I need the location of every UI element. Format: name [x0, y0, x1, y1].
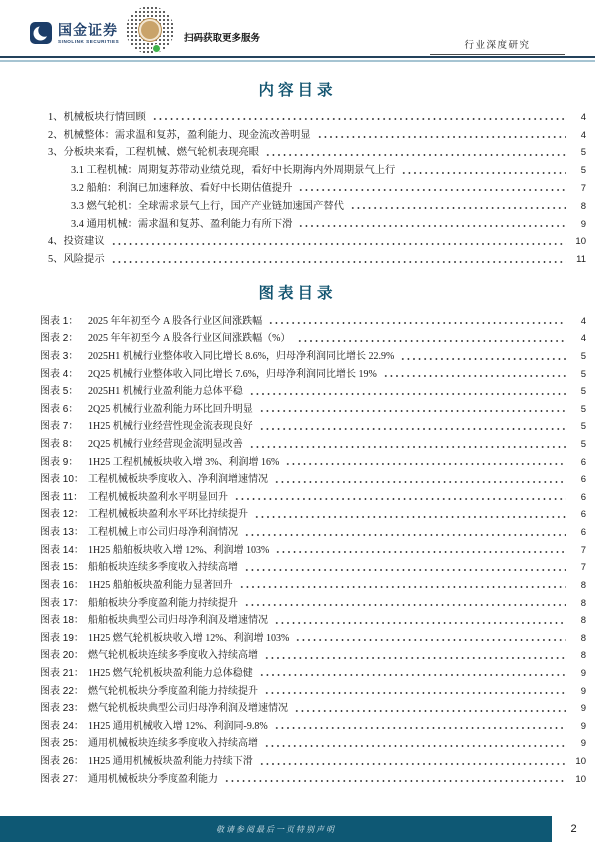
figure-entry-page: 7 [570, 544, 586, 558]
page-header: 国金证券 SINOLINK SECURITIES 扫码获取更多服务 行业深度研究 [0, 0, 595, 57]
figure-entry-page: 4 [570, 332, 586, 346]
figure-entry-title: 2025H1 机械行业整体收入同比增长 8.6%，归母净利润同比增长 22.9% [88, 350, 394, 364]
dot-leader [234, 487, 566, 505]
toc-entry-page: 5 [570, 164, 586, 178]
brand-name-cn: 国金证券 [58, 23, 119, 38]
figure-entry[interactable]: 图表 26： 1H25 通用机械板块盈利能力持续下滑 10 [40, 751, 586, 769]
qr-block: 扫码获取更多服务 [126, 6, 260, 54]
dot-leader [298, 178, 566, 196]
footer-disclaimer: 敬请参阅最后一页特别声明 [0, 816, 552, 842]
toc-entry[interactable]: 3.1 工程机械：周期复苏带动业绩兑现，看好中长期海内外周期景气上行 5 [40, 160, 586, 178]
figure-entry[interactable]: 图表 11： 工程机械板块盈利水平明显回升 6 [40, 487, 586, 505]
toc-entry[interactable]: 4、投资建议 10 [40, 232, 586, 250]
figure-entry[interactable]: 图表 18： 船舶板块典型公司归母净利润及增速情况 8 [40, 611, 586, 629]
figure-entry-number: 图表 17： [40, 597, 88, 611]
figure-entry-page: 9 [570, 737, 586, 751]
dot-leader [274, 470, 566, 488]
figure-entry-page: 4 [570, 315, 586, 329]
figure-entry-title: 1H25 船舶板块收入增 12%、利润增 103% [88, 544, 269, 558]
toc-entry[interactable]: 2、机械整体：需求温和复苏，盈利能力、现金流改善明显 4 [40, 125, 586, 143]
toc-entry-page: 9 [570, 218, 586, 232]
figure-entry-page: 6 [570, 508, 586, 522]
figure-entry-number: 图表 26： [40, 755, 88, 769]
figure-entry-title: 1H25 机械行业经营性现金流表现良好 [88, 420, 253, 434]
dot-leader [295, 628, 566, 646]
figure-entry-number: 图表 5： [40, 385, 88, 399]
dot-leader [244, 593, 566, 611]
figure-entry-page: 8 [570, 614, 586, 628]
figure-entry[interactable]: 图表 21： 1H25 燃气轮机板块盈利能力总体稳健 9 [40, 663, 586, 681]
figure-entry-number: 图表 27： [40, 773, 88, 787]
toc-entry-label: 3.2 船舶：利润已加速释放、看好中长期估值提升 [71, 182, 292, 196]
figure-entry[interactable]: 图表 27： 通用机械板块分季度盈利能力 10 [40, 769, 586, 787]
figure-entry-title: 燃气轮机板块连续多季度收入持续高增 [88, 649, 258, 663]
figure-entry-page: 7 [570, 561, 586, 575]
figure-entry[interactable]: 图表 22： 燃气轮机板块分季度盈利能力持续提升 9 [40, 681, 586, 699]
figure-entry-number: 图表 11： [40, 491, 88, 505]
dot-leader [111, 232, 566, 250]
figure-entry-number: 图表 22： [40, 685, 88, 699]
figure-entry-title: 工程机械上市公司归母净利润情况 [88, 526, 238, 540]
content-directory-title: 内容目录 [0, 78, 595, 100]
dot-leader [264, 646, 566, 664]
figure-entry-title: 燃气轮机板块分季度盈利能力持续提升 [88, 685, 258, 699]
figure-entry-page: 5 [570, 368, 586, 382]
dot-leader [298, 214, 566, 232]
toc-entry-label: 3.3 燃气轮机：全球需求景气上行，国产产业链加速国产替代 [71, 200, 344, 214]
dot-leader [294, 699, 566, 717]
toc-entry-page: 11 [570, 253, 586, 267]
figure-entry[interactable]: 图表 15： 船舶板块连续多季度收入持续高增 7 [40, 558, 586, 576]
dot-leader [259, 399, 566, 417]
report-page: 国金证券 SINOLINK SECURITIES 扫码获取更多服务 行业深度研究… [0, 0, 595, 842]
figure-entry[interactable]: 图表 16： 1H25 船舶板块盈利能力显著回升 8 [40, 575, 586, 593]
figure-entry-number: 图表 21： [40, 667, 88, 681]
figure-entry-title: 通用机械板块分季度盈利能力 [88, 773, 218, 787]
qr-code-icon [126, 6, 174, 54]
figure-entry-title: 1H25 船舶板块盈利能力显著回升 [88, 579, 233, 593]
dot-leader [383, 364, 566, 382]
figure-entry-number: 图表 8： [40, 438, 88, 452]
sinolink-logo-icon [30, 22, 52, 44]
figure-entry-title: 2025 年年初至今 A 股各行业区间涨跌幅（%） [88, 332, 291, 346]
toc-entry-page: 10 [570, 235, 586, 249]
dot-leader [297, 329, 567, 347]
figure-entry-page: 9 [570, 685, 586, 699]
toc-entry-label: 4、投资建议 [48, 235, 105, 249]
figure-entry[interactable]: 图表 8： 2Q25 机械行业经营现金流明显改善 5 [40, 434, 586, 452]
figure-entry[interactable]: 图表 9： 1H25 工程机械板块收入增 3%、利润增 16% 6 [40, 452, 586, 470]
figure-entry-number: 图表 7： [40, 420, 88, 434]
toc-entry[interactable]: 3、分板块来看，工程机械、燃气轮机表现亮眼 5 [40, 143, 586, 161]
dot-leader [274, 716, 566, 734]
figure-entry-number: 图表 9： [40, 456, 88, 470]
figure-entry-page: 6 [570, 491, 586, 505]
figure-entry-page: 8 [570, 649, 586, 663]
dot-leader [268, 311, 566, 329]
qr-center-badge-icon [139, 19, 161, 41]
figure-entry-number: 图表 10： [40, 473, 88, 487]
figure-entry[interactable]: 图表 10： 工程机械板块季度收入、净利润增速情况 6 [40, 470, 586, 488]
figure-entry-page: 6 [570, 456, 586, 470]
figure-entry-number: 图表 14： [40, 544, 88, 558]
toc-entry-page: 4 [570, 111, 586, 125]
figure-entry-title: 工程机械板块盈利水平环比持续提升 [88, 508, 248, 522]
figure-entry-page: 8 [570, 579, 586, 593]
figure-entry-page: 8 [570, 597, 586, 611]
figure-entry[interactable]: 图表 12： 工程机械板块盈利水平环比持续提升 6 [40, 505, 586, 523]
figure-entry-title: 2025 年年初至今 A 股各行业区间涨跌幅 [88, 315, 262, 329]
toc-page-body: 内容目录 1、机械板块行情回顾 4 2、机械整体：需求温和复苏，盈利能力、现金流… [0, 70, 595, 787]
dot-leader [264, 681, 566, 699]
dot-leader [265, 143, 566, 161]
page-number: 2 [552, 816, 595, 842]
toc-entry[interactable]: 5、风险提示 11 [40, 249, 586, 267]
report-type-label: 行业深度研究 [430, 37, 565, 55]
figure-entry[interactable]: 图表 14： 1H25 船舶板块收入增 12%、利润增 103% 7 [40, 540, 586, 558]
figure-entry-number: 图表 6： [40, 403, 88, 417]
dot-leader [249, 382, 566, 400]
figure-entry-number: 图表 12： [40, 508, 88, 522]
dot-leader [254, 505, 566, 523]
figure-entry-title: 燃气轮机板块典型公司归母净利润及增速情况 [88, 702, 288, 716]
toc-entry-page: 8 [570, 200, 586, 214]
toc-entry[interactable]: 1、机械板块行情回顾 4 [40, 107, 586, 125]
dot-leader [152, 107, 566, 125]
toc-entry-page: 4 [570, 129, 586, 143]
dot-leader [259, 663, 566, 681]
toc-entry-label: 2、机械整体：需求温和复苏，盈利能力、现金流改善明显 [48, 129, 311, 143]
figure-entry[interactable]: 图表 7： 1H25 机械行业经营性现金流表现良好 5 [40, 417, 586, 435]
figure-entry-page: 6 [570, 526, 586, 540]
figure-entry-page: 6 [570, 473, 586, 487]
figure-entry-title: 船舶板块典型公司归母净利润及增速情况 [88, 614, 268, 628]
figure-entry-number: 图表 24： [40, 720, 88, 734]
figure-entry-number: 图表 16： [40, 579, 88, 593]
figure-entry-number: 图表 18： [40, 614, 88, 628]
dot-leader [400, 346, 566, 364]
toc-entry-label: 3、分板块来看，工程机械、燃气轮机表现亮眼 [48, 146, 259, 160]
figure-entry-title: 1H25 工程机械板块收入增 3%、利润增 16% [88, 456, 279, 470]
figure-entry-title: 2Q25 机械行业盈利能力环比回升明显 [88, 403, 253, 417]
figure-directory-title: 图表目录 [0, 281, 595, 303]
figure-entry-title: 1H25 燃气轮机板块收入增 12%、利润增 103% [88, 632, 289, 646]
dot-leader [285, 452, 566, 470]
toc-entry[interactable]: 3.3 燃气轮机：全球需求景气上行，国产产业链加速国产替代 8 [40, 196, 586, 214]
figure-entry-page: 9 [570, 720, 586, 734]
figure-entry-number: 图表 19： [40, 632, 88, 646]
figure-entry[interactable]: 图表 25： 通用机械板块连续多季度收入持续高增 9 [40, 734, 586, 752]
brand-text: 国金证券 SINOLINK SECURITIES [58, 23, 119, 44]
figure-entry[interactable]: 图表 5： 2025H1 机械行业盈利能力总体平稳 5 [40, 382, 586, 400]
figure-entry-title: 1H25 通用机械板块盈利能力持续下滑 [88, 755, 253, 769]
figure-entry-page: 5 [570, 350, 586, 364]
figure-entry-page: 8 [570, 632, 586, 646]
dot-leader [274, 611, 566, 629]
figure-entry[interactable]: 图表 24： 1H25 通用机械收入增 12%、利润同-9.8% 9 [40, 716, 586, 734]
toc-entry-page: 5 [570, 146, 586, 160]
dot-leader [224, 769, 566, 787]
figure-entry-number: 图表 23： [40, 702, 88, 716]
figure-entry-page: 9 [570, 667, 586, 681]
figure-entry-number: 图表 20： [40, 649, 88, 663]
toc-entry[interactable]: 3.2 船舶：利润已加速释放、看好中长期估值提升 7 [40, 178, 586, 196]
figure-entry-page: 5 [570, 385, 586, 399]
figure-entry-title: 工程机械板块季度收入、净利润增速情况 [88, 473, 268, 487]
figure-entry-title: 船舶板块分季度盈利能力持续提升 [88, 597, 238, 611]
figure-entry-title: 1H25 通用机械收入增 12%、利润同-9.8% [88, 720, 268, 734]
qr-caption: 扫码获取更多服务 [184, 30, 260, 54]
dot-leader [275, 540, 566, 558]
figure-entry-page: 10 [570, 755, 586, 769]
dot-leader [111, 249, 566, 267]
figure-entry-page: 5 [570, 420, 586, 434]
figure-entry[interactable]: 图表 19： 1H25 燃气轮机板块收入增 12%、利润增 103% 8 [40, 628, 586, 646]
toc-entry-label: 5、风险提示 [48, 253, 105, 267]
dot-leader [259, 417, 566, 435]
figure-entry-page: 9 [570, 702, 586, 716]
figure-entry-page: 10 [570, 773, 586, 787]
figure-entry-number: 图表 15： [40, 561, 88, 575]
figure-entry[interactable]: 图表 23： 燃气轮机板块典型公司归母净利润及增速情况 9 [40, 699, 586, 717]
figure-entry-title: 1H25 燃气轮机板块盈利能力总体稳健 [88, 667, 253, 681]
figure-entry-page: 5 [570, 438, 586, 452]
header-divider [0, 56, 595, 62]
figure-entry[interactable]: 图表 13： 工程机械上市公司归母净利润情况 6 [40, 522, 586, 540]
toc-entry-page: 7 [570, 182, 586, 196]
figure-entry-title: 工程机械板块盈利水平明显回升 [88, 491, 228, 505]
figure-entry[interactable]: 图表 20： 燃气轮机板块连续多季度收入持续高增 8 [40, 646, 586, 664]
toc-entry-label: 3.1 工程机械：周期复苏带动业绩兑现，看好中长期海内外周期景气上行 [71, 164, 395, 178]
toc-entry-label: 3.4 通用机械：需求温和复苏、盈利能力有所下滑 [71, 218, 292, 232]
figure-entry[interactable]: 图表 3： 2025H1 机械行业整体收入同比增长 8.6%，归母净利润同比增长… [40, 346, 586, 364]
figure-directory-list: 图表 1： 2025 年年初至今 A 股各行业区间涨跌幅 4 图表 2： 202… [0, 311, 595, 786]
figure-entry-title: 2Q25 机械行业经营现金流明显改善 [88, 438, 243, 452]
toc-entry[interactable]: 3.4 通用机械：需求温和复苏、盈利能力有所下滑 9 [40, 214, 586, 232]
brand-logo: 国金证券 SINOLINK SECURITIES [30, 22, 119, 44]
dot-leader [249, 434, 566, 452]
dot-leader [244, 558, 566, 576]
figure-entry-title: 2Q25 机械行业整体收入同比增长 7.6%，归母净利润同比增长 19% [88, 368, 377, 382]
figure-entry-number: 图表 25： [40, 737, 88, 751]
dot-leader [264, 734, 566, 752]
dot-leader [259, 751, 566, 769]
toc-entry-label: 1、机械板块行情回顾 [48, 111, 146, 125]
figure-entry-page: 5 [570, 403, 586, 417]
dot-leader [239, 575, 566, 593]
figure-entry-number: 图表 3： [40, 350, 88, 364]
figure-entry-title: 2025H1 机械行业盈利能力总体平稳 [88, 385, 243, 399]
dot-leader [317, 125, 566, 143]
qr-green-dot-icon [152, 44, 161, 53]
dot-leader [350, 196, 566, 214]
dot-leader [244, 522, 566, 540]
content-directory-list: 1、机械板块行情回顾 4 2、机械整体：需求温和复苏，盈利能力、现金流改善明显 … [0, 107, 595, 267]
figure-entry-number: 图表 2： [40, 332, 88, 346]
figure-entry-number: 图表 4： [40, 368, 88, 382]
figure-entry[interactable]: 图表 6： 2Q25 机械行业盈利能力环比回升明显 5 [40, 399, 586, 417]
figure-entry[interactable]: 图表 17： 船舶板块分季度盈利能力持续提升 8 [40, 593, 586, 611]
figure-entry[interactable]: 图表 2： 2025 年年初至今 A 股各行业区间涨跌幅（%） 4 [40, 329, 586, 347]
dot-leader [401, 160, 566, 178]
figure-entry-title: 通用机械板块连续多季度收入持续高增 [88, 737, 258, 751]
figure-entry-title: 船舶板块连续多季度收入持续高增 [88, 561, 238, 575]
page-footer: 敬请参阅最后一页特别声明 2 [0, 816, 595, 842]
figure-entry-number: 图表 1： [40, 315, 88, 329]
figure-entry[interactable]: 图表 1： 2025 年年初至今 A 股各行业区间涨跌幅 4 [40, 311, 586, 329]
figure-entry-number: 图表 13： [40, 526, 88, 540]
brand-name-en: SINOLINK SECURITIES [58, 39, 119, 44]
figure-entry[interactable]: 图表 4： 2Q25 机械行业整体收入同比增长 7.6%，归母净利润同比增长 1… [40, 364, 586, 382]
